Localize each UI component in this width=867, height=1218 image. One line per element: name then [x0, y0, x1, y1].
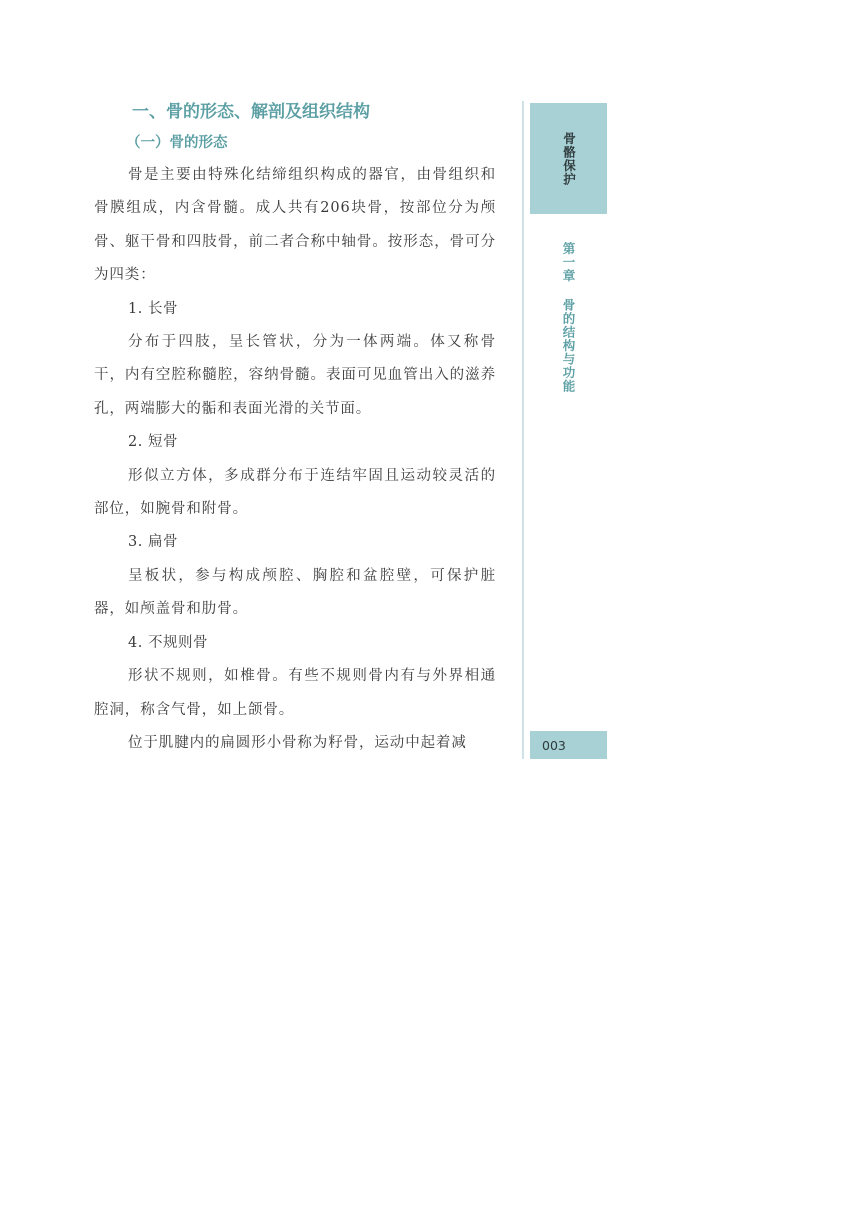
- bone-type-title-irregular: 4. 不规则骨: [94, 627, 496, 660]
- book-title: 骨骼保护: [562, 132, 576, 186]
- chapter-label: 第一章: [561, 242, 576, 283]
- intro-paragraph: 骨是主要由特殊化结缔组织构成的器官，由骨组织和骨膜组成，内含骨髓。成人共有206…: [94, 159, 496, 293]
- margin-divider: [522, 101, 524, 759]
- chapter-running-head: 第一章骨的结构与功能: [556, 242, 576, 393]
- closing-paragraph: 位于肌腱内的扁圆形小骨称为籽骨，运动中起着减: [94, 727, 496, 760]
- bone-type-desc-irregular: 形状不规则，如椎骨。有些不规则骨内有与外界相通腔洞，称含气骨，如上颌骨。: [94, 660, 496, 727]
- page-number: 003: [530, 731, 607, 759]
- section-heading: 一、骨的形态、解剖及组织结构: [132, 100, 496, 126]
- chapter-title: 骨的结构与功能: [561, 299, 576, 394]
- bone-type-desc-flat: 呈板状，参与构成颅腔、胸腔和盆腔壁，可保护脏器，如颅盖骨和肋骨。: [94, 560, 496, 627]
- book-title-tab: 骨骼保护: [530, 103, 607, 214]
- bone-type-desc-short: 形似立方体，多成群分布于连结牢固且运动较灵活的部位，如腕骨和附骨。: [94, 460, 496, 527]
- bone-type-title-flat: 3. 扁骨: [94, 526, 496, 559]
- main-text-column: 一、骨的形态、解剖及组织结构 （一）骨的形态 骨是主要由特殊化结缔组织构成的器官…: [94, 100, 496, 760]
- bone-type-title-long: 1. 长骨: [94, 293, 496, 326]
- subsection-heading: （一）骨的形态: [126, 132, 496, 154]
- document-page: 一、骨的形态、解剖及组织结构 （一）骨的形态 骨是主要由特殊化结缔组织构成的器官…: [0, 0, 867, 1218]
- bone-type-desc-long: 分布于四肢，呈长管状，分为一体两端。体又称骨干，内有空腔称髓腔，容纳骨髓。表面可…: [94, 326, 496, 426]
- bone-type-title-short: 2. 短骨: [94, 426, 496, 459]
